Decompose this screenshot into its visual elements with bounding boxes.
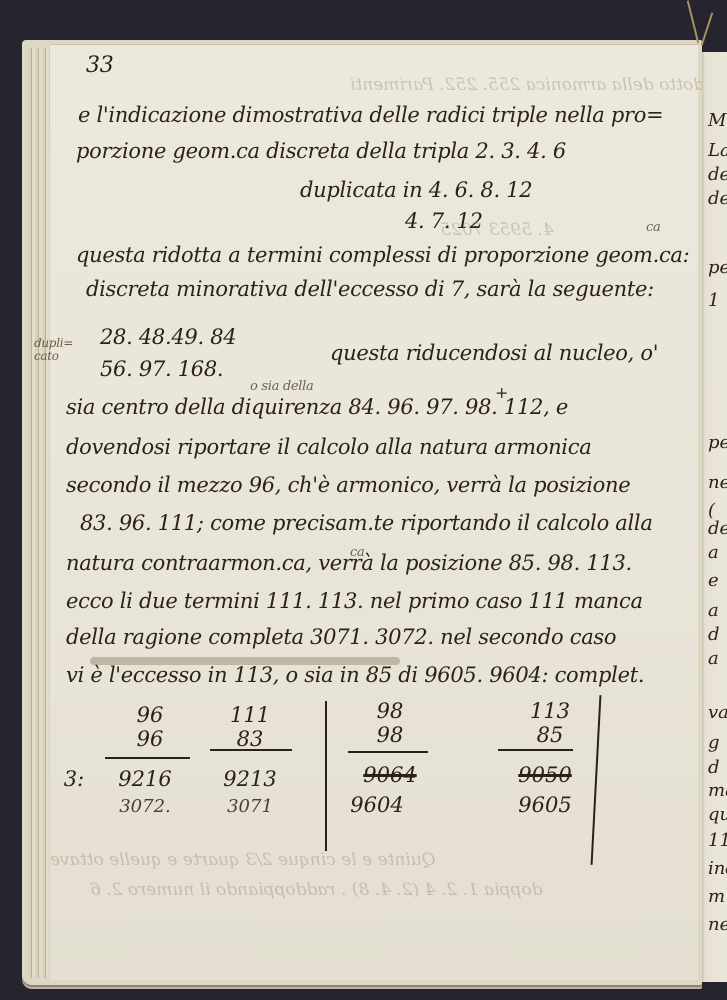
binding-string [687,0,700,43]
text-line: e l'indicazione dimostrativa delle radic… [78,103,663,127]
adjacent-text: m [708,886,725,907]
text-line: questa ridotta a termini complessi di pr… [76,243,689,267]
calc-prefix: 3: [54,767,94,791]
text-line: dovendosi riportare il calcolo alla natu… [66,435,591,459]
calc-struck-value: 9064 [350,763,430,787]
text-line: natura contraarmon.ca, verrà la posizion… [66,551,632,575]
calc-result: 3072. [105,795,185,819]
text-line: secondo il mezzo 96, ch'è armonico, verr… [66,473,630,497]
bleed-through-text: Prodotto della armonica 255. 252. Parime… [350,75,727,95]
adjacent-text: qu [708,804,727,825]
calc-column: 98 98 [350,699,430,747]
calc-rule [348,751,428,753]
text-line: della ragione completa 3071. 3072. nel s… [66,625,616,649]
calc-product: 9604 [332,793,422,817]
calc-multiplier: 85 [510,723,590,747]
calc-divider [325,701,327,851]
manuscript-page: Prodotto della armonica 255. 252. Parime… [50,44,698,980]
adjacent-text: d [708,757,720,778]
calc-multiplicand: 98 [350,699,430,723]
adjacent-text: e [708,570,719,591]
calc-multiplicand: 113 [510,699,590,723]
adjacent-text: nel [708,914,727,935]
calc-product: 9216 [105,767,185,791]
calc-struck-value: 9050 [505,763,585,787]
adjacent-text: ma [708,780,727,801]
calc-multiplicand: 96 [110,703,190,727]
calc-result: 3071 [210,795,290,819]
adjacent-page: Ma La de de pe 1 pe ne ( de a e a d a va… [702,52,727,982]
adjacent-text: indi [708,858,727,879]
text-line: duplicata in 4. 6. 8. 12 [300,178,532,202]
adjacent-text: va [708,702,727,723]
adjacent-text: pe [708,257,727,278]
adjacent-text: 112 [708,830,727,851]
calc-multiplier: 96 [110,727,190,751]
adjacent-text: g [708,732,720,753]
adjacent-text: de [708,164,727,185]
calc-rule [498,749,573,751]
adjacent-text: a [708,542,719,563]
bleed-through-text: Quinte e le cinque 2/3 quarte e quelle o… [50,850,436,870]
text-line: 4. 7. 12 [405,209,483,233]
adjacent-text: a [708,600,719,621]
page-number: 33 [86,53,113,78]
text-line: discreta minorativa dell'eccesso di 7, s… [86,277,654,301]
page-edges [28,48,50,978]
adjacent-text: d [708,624,720,645]
text-line: ecco li due termini 111. 113. nel primo … [66,589,643,613]
adjacent-text: de [708,518,727,539]
text-line: 83. 96. 111; come precisam.te riportando… [80,511,653,535]
text-line: 28. 48.49. 84 [100,325,236,349]
calc-column: 111 83 [210,703,290,751]
calc-multiplicand: 111 [210,703,290,727]
binding-string [701,13,713,46]
calc-divider [591,695,602,865]
calc-column: 96 96 [110,703,190,751]
adjacent-text: ne [708,472,727,493]
calc-product: 9213 [210,767,290,791]
text-line: 56. 97. 168. [100,357,223,381]
interlinear-note: o sia della [250,379,313,394]
adjacent-text: pe [708,432,727,453]
calc-rule [105,757,190,759]
adjacent-text: La [708,140,727,161]
adjacent-text: Ma [708,110,727,131]
bleed-through-text: doppia 1. 2. 4 (2. 4. 8) . raddoppiando … [90,880,543,900]
adjacent-text: a [708,648,719,669]
adjacent-text: 1 [708,290,719,311]
calc-product: 9605 [505,793,585,817]
text-line: questa riducendosi al nucleo, o' [330,341,658,365]
calc-column: 113 85 [510,699,590,747]
text-line: sia centro della diquirenza 84. 96. 97. … [66,395,568,419]
margin-note: dupli= cato [34,337,64,363]
text-line: porzione geom.ca discreta della tripla 2… [76,139,566,163]
calc-multiplier: 83 [210,727,290,751]
calc-rule [210,749,292,751]
adjacent-text: de [708,188,727,209]
interlinear-note: ca [646,220,660,235]
text-line: vi è l'eccesso in 113, o sia in 85 di 96… [66,663,644,687]
calc-multiplier: 98 [350,723,430,747]
